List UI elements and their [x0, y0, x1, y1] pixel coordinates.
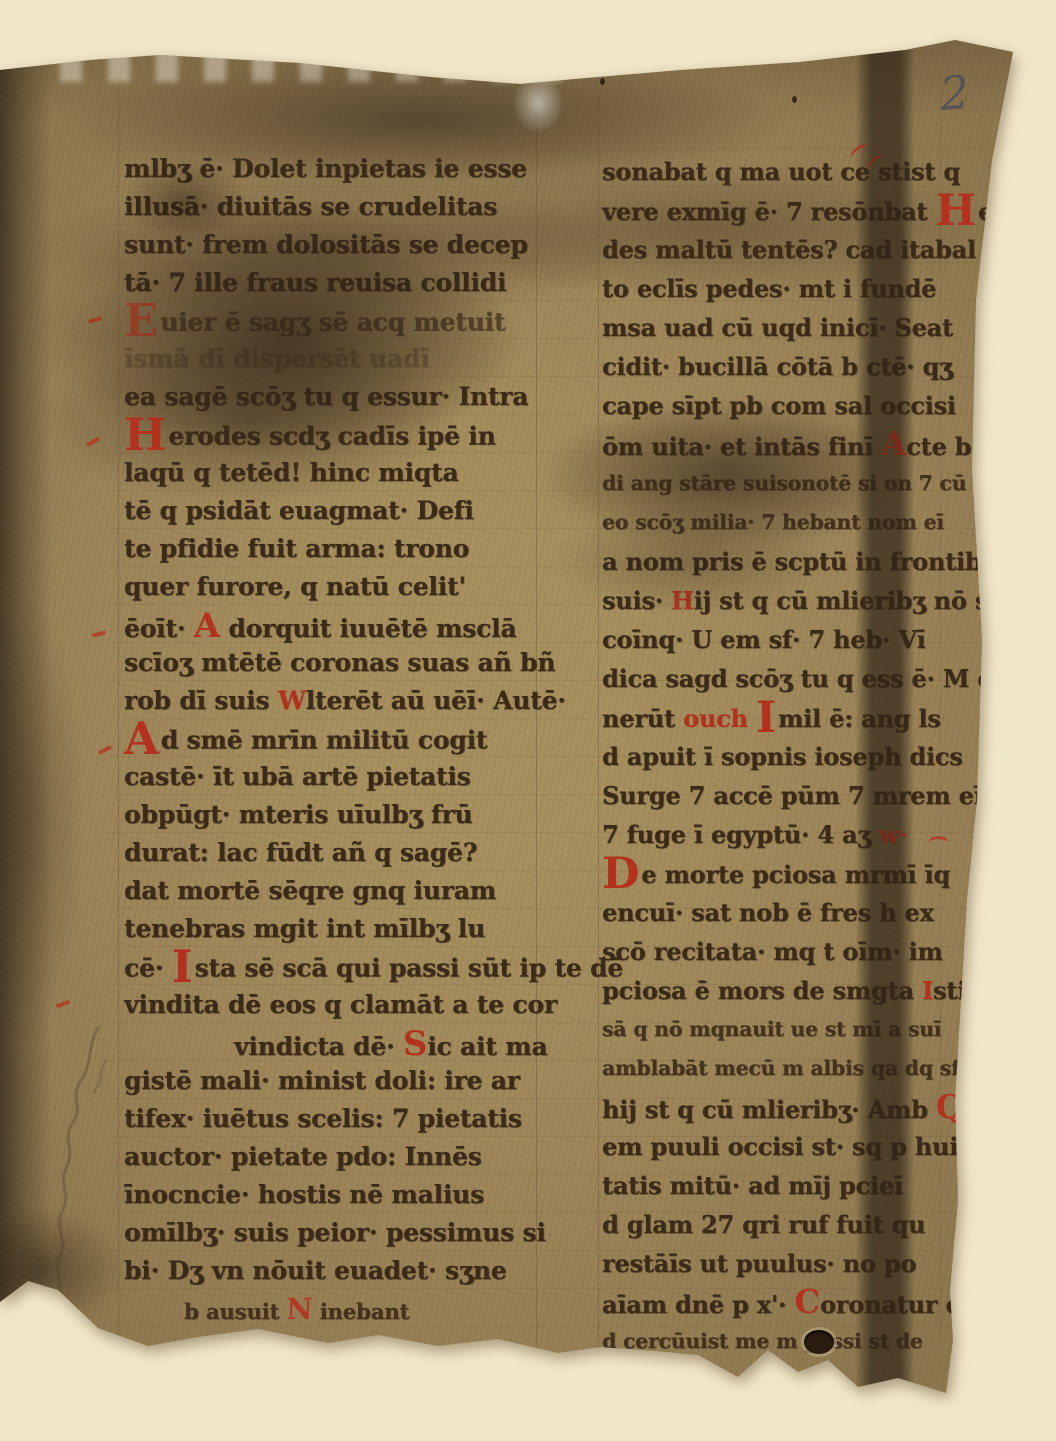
- manuscript-text-line: obpūgt· mteris uīulbʒ frū: [124, 796, 554, 834]
- ink-text: msa uad cū uqd inicī· Seat: [602, 313, 953, 342]
- manuscript-text-line: cē· Ista sē scā qui passi sūt ip te dē: [124, 948, 554, 986]
- pricking-hole: [536, 74, 541, 81]
- manuscript-text-line: īnocncie· hostis nē malius: [124, 1176, 554, 1214]
- ink-text: b ausuit: [184, 1300, 286, 1325]
- ink-text: cidit· bucillā cōtā b ctē· qʒ: [602, 352, 953, 381]
- ink-text: d cercūuist me m passi st de: [602, 1329, 923, 1353]
- ink-text: erodes scdʒ cadīs ipē in: [168, 422, 495, 451]
- ink-text: d glam 27 qri ruf fuit qu: [602, 1210, 925, 1239]
- worn-white-patch: [512, 74, 564, 134]
- rubric-initial: A: [881, 425, 906, 463]
- ink-text: omīlbʒ· suis peior· pessimus si: [124, 1218, 546, 1247]
- ink-text: tā· 7 ille fraus reuisa collidi: [124, 268, 506, 297]
- manuscript-text-line: quer furore, q natū celit': [124, 568, 554, 606]
- ink-text: ēoīt·: [124, 614, 194, 643]
- manuscript-text-line: bi· Dʒ vn nōuit euadet· sʒne: [124, 1252, 554, 1290]
- manuscript-text-line: d cercūuist me m passi st de: [602, 1322, 1002, 1361]
- manuscript-text-line: to eclīs pedes· mt i fundē: [602, 269, 1002, 308]
- ink-text: cape sīpt pb com sal occisi: [602, 391, 956, 420]
- ink-text: encuī· sat nob ē fres h ex: [602, 898, 934, 927]
- ink-text: laqū q tetēd! hinc miqta: [124, 458, 458, 487]
- manuscript-text-line: illusā· diuitās se crudelitas: [124, 188, 554, 226]
- manuscript-text-line: De morte pciosa mrmī īq: [602, 854, 1002, 893]
- rubric-initial: S: [403, 1023, 427, 1063]
- rubric-initial: Q: [936, 1088, 964, 1126]
- ink-text: lterēt aū uēī· Autē·: [306, 686, 566, 715]
- parchment-leaf: mlbʒ ē· Dolet inpietas ie esseillusā· di…: [0, 0, 1056, 1441]
- manuscript-text-line: b ausuit N inebant: [124, 1290, 554, 1328]
- ink-text: vere exmīg ē· 7 resōnbat: [602, 197, 935, 226]
- manuscript-text-line: tatis mitū· ad mīj pcieī: [602, 1166, 1002, 1205]
- rubric-margin-tick: [88, 316, 103, 324]
- manuscript-text-line: a nom pris ē scptū in frontibus: [602, 542, 1002, 581]
- ink-text: hij st q cū mlieribʒ· Amb: [602, 1095, 936, 1124]
- ink-text: Surge 7 accē pūm 7 mrem eī: [602, 781, 983, 810]
- manuscript-text-line: msa uad cū uqd inicī· Seat: [602, 308, 1002, 347]
- leaf-shadow: mlbʒ ē· Dolet inpietas ie esseillusā· di…: [0, 0, 1056, 1441]
- ink-text: ij st q cū mlieribʒ nō sf: [694, 586, 999, 615]
- ink-text: ero: [978, 197, 1021, 226]
- ink-text: scīoʒ mtētē coronas suas añ bñ: [124, 648, 555, 677]
- pricking-hole: [600, 78, 605, 85]
- manuscript-text-line: vere exmīg ē· 7 resōnbat Hero: [602, 191, 1002, 230]
- ink-text: restāīs ut puulus· no po: [602, 1249, 916, 1278]
- ink-text: di ang stāre suisonotē si on 7 cū: [602, 471, 966, 495]
- manuscript-text-line: aīam dnē p x'· Coronatur c: [602, 1283, 1002, 1322]
- ink-text: sti s: [933, 976, 988, 1005]
- ink-text: [748, 704, 756, 733]
- manuscript-text-line: Ad smē mrīn militū cogit: [124, 720, 554, 758]
- ink-text: ic ait ma: [427, 1032, 547, 1061]
- manuscript-text-line: mlbʒ ē· Dolet inpietas ie esse: [124, 150, 554, 188]
- manuscript-text-line: d glam 27 qri ruf fuit qu: [602, 1205, 1002, 1244]
- ink-text: 7 fuge ī egyptū· 4 aʒ: [602, 820, 879, 849]
- ink-text: mil ē: ang ls: [778, 704, 941, 733]
- marginalia-scribble: [36, 1020, 126, 1340]
- manuscript-text-line: rob dī suis Wlterēt aū uēī· Autē·: [124, 682, 554, 720]
- manuscript-text-line: vindicta dē· Sic ait ma: [124, 1024, 554, 1062]
- manuscript-text-line: cape sīpt pb com sal occisi: [602, 386, 1002, 425]
- manuscript-text-line: des maltū tentēs? cad itabal: [602, 230, 1002, 269]
- ink-text: amblabāt mecū m albis qa dq sf: [602, 1056, 960, 1080]
- ink-text: sta sē scā qui passi sūt ip te dē: [195, 954, 623, 983]
- rubric-margin-tick: [98, 745, 112, 755]
- manuscript-text-line: dat mortē sēqre gnq iuram: [124, 872, 554, 910]
- manuscript-text-line: eo scōʒ milia· 7 hebant nom eī: [602, 503, 1002, 542]
- ink-text: oronatur c: [820, 1290, 960, 1319]
- manuscript-text-line: dica sagd scōʒ tu q ess ē· M e ue: [602, 659, 1002, 698]
- manuscript-text-line: ea sagē scōʒ tu q essur· Intra: [124, 378, 554, 416]
- manuscript-text-line: suis· Hij st q cū mlieribʒ nō sf: [602, 581, 1002, 620]
- manuscript-text-line: durat: lac fūdt añ q sagē?: [124, 834, 554, 872]
- ink-text: gistē mali· minist doli: ire ar: [124, 1066, 520, 1095]
- ink-text: te pfidie fuit arma: trono: [124, 534, 469, 563]
- ink-text: des maltū tentēs? cad itabal: [602, 235, 976, 264]
- manuscript-text-line: nerūt ouch Imil ē: ang ls: [602, 698, 1002, 737]
- text-column-left: mlbʒ ē· Dolet inpietas ie esseillusā· di…: [124, 150, 554, 1328]
- ink-text: tifex· iuētus scelis: 7 pietatis: [124, 1104, 522, 1133]
- manuscript-text-line: omīlbʒ· suis peior· pessimus si: [124, 1214, 554, 1252]
- manuscript-text-line: di ang stāre suisonotē si on 7 cū: [602, 464, 1002, 503]
- ink-text: uier ē sagʒ sē acq metuit: [160, 308, 505, 337]
- text-column-right: sonabat q ma uot ce stist qvere exmīg ē·…: [602, 152, 1002, 1361]
- rubric-initial: A: [194, 605, 220, 645]
- ink-text: ōm uita· et intās finī: [602, 432, 881, 461]
- ink-text: cte b: [906, 432, 971, 461]
- rubric-text: w·: [879, 820, 908, 849]
- ink-text: sonabat q ma uot ce stist q: [602, 157, 960, 186]
- folio-number: 2: [938, 65, 971, 121]
- ink-text: d apuit ī sopnis ioseph dics: [602, 742, 963, 771]
- manuscript-text-line: pciosa ē mors de smgta Isti s: [602, 971, 1002, 1010]
- manuscript-text-line: scīoʒ mtētē coronas suas añ bñ: [124, 644, 554, 682]
- ink-text: coīnq· U em sf· 7 heb· Vī: [602, 625, 926, 654]
- ink-text: rob dī suis: [124, 686, 278, 715]
- rubric-text: H: [671, 586, 693, 615]
- ink-text: em puuli occisi st· sq p huius: [602, 1132, 989, 1161]
- ink-text: eo scōʒ milia· 7 hebant nom eī: [602, 510, 944, 534]
- manuscript-text-line: scō recitata· mq t oīm· im: [602, 932, 1002, 971]
- manuscript-text-line: Surge 7 accē pūm 7 mrem eī: [602, 776, 1002, 815]
- ink-text: nerūt: [602, 704, 683, 733]
- manuscript-text-line: ēoīt· A dorquit iuuētē msclā: [124, 606, 554, 644]
- manuscript-text-line: restāīs ut puulus· no po: [602, 1244, 1002, 1283]
- pricking-hole: [792, 96, 797, 103]
- manuscript-text-line: coīnq· U em sf· 7 heb· Vī: [602, 620, 1002, 659]
- ink-text: illusā· diuitās se crudelitas: [124, 192, 497, 221]
- rubric-initial: I: [756, 692, 776, 743]
- ink-text: a nom pris ē scptū in frontibus: [602, 547, 1012, 576]
- ink-text: dorquit iuuētē msclā: [220, 614, 517, 643]
- manuscript-text-line: tā· 7 ille fraus reuisa collidi: [124, 264, 554, 302]
- ink-text: quer furore, q natū celit': [124, 572, 466, 601]
- manuscript-text-line: auctor· pietate pdo: Innēs: [124, 1138, 554, 1176]
- manuscript-text-line: laqū q tetēd! hinc miqta: [124, 454, 554, 492]
- ink-text: tenebras mgit int mīlbʒ lu: [124, 914, 485, 943]
- ink-text: dica sagd scōʒ tu q ess ē· M e ue: [602, 664, 1033, 693]
- rubric-margin-tick: [92, 630, 107, 637]
- ink-text: suis·: [602, 586, 671, 615]
- manuscript-text-line: gistē mali· minist doli: ire ar: [124, 1062, 554, 1100]
- ink-text: tatis mitū· ad mīj pcieī: [602, 1171, 903, 1200]
- rubric-initial: D: [602, 848, 639, 899]
- ink-text: vindicta dē·: [234, 1032, 403, 1061]
- ink-text: castē· īt ubā artē pietatis: [124, 762, 471, 791]
- manuscript-text-line: tifex· iuētus scelis: 7 pietatis: [124, 1100, 554, 1138]
- ink-text: īsmā dī dispersēt uadī: [124, 344, 429, 373]
- ink-text: scō recitata· mq t oīm· im: [602, 937, 943, 966]
- manuscript-text-line: Herodes scdʒ cadīs ipē in: [124, 416, 554, 454]
- ink-text: pciosa ē mors de smgta: [602, 976, 922, 1005]
- rubric-margin-tick: [86, 437, 100, 447]
- ink-text: d smē mrīn militū cogit: [161, 726, 488, 755]
- parchment-hole: [804, 1330, 834, 1354]
- rubric-text: ouch: [683, 704, 748, 733]
- manuscript-text-line: te pfidie fuit arma: trono: [124, 530, 554, 568]
- ink-text: aīam dnē p x'·: [602, 1290, 794, 1319]
- ink-text: d: [964, 1095, 981, 1124]
- rubric-margin-tick: [56, 1000, 71, 1009]
- rubric-flourish: [927, 835, 948, 850]
- manuscript-text-line: encuī· sat nob ē fres h ex: [602, 893, 1002, 932]
- manuscript-text-line: castē· īt ubā artē pietatis: [124, 758, 554, 796]
- manuscript-text-line: d apuit ī sopnis ioseph dics: [602, 737, 1002, 776]
- ink-text: durat: lac fūdt añ q sagē?: [124, 838, 477, 867]
- manuscript-text-line: sunt· frem dolositās se decep: [124, 226, 554, 264]
- manuscript-photo: mlbʒ ē· Dolet inpietas ie esseillusā· di…: [0, 0, 1056, 1441]
- rubric-initial: H: [935, 185, 976, 236]
- ink-text: tē q psidāt euagmat· Defi: [124, 496, 474, 525]
- manuscript-text-line: sā q nō mqnauit ue st mī a suī: [602, 1010, 1002, 1049]
- ink-text: vindita dē eos q clamāt a te cor: [124, 990, 557, 1019]
- manuscript-text-line: Euier ē sagʒ sē acq metuit: [124, 302, 554, 340]
- manuscript-text-line: tē q psidāt euagmat· Defi: [124, 492, 554, 530]
- top-edge-abrasion: [60, 52, 580, 82]
- rubric-initial: C: [794, 1283, 820, 1321]
- ink-text: obpūgt· mteris uīulbʒ frū: [124, 800, 472, 829]
- manuscript-text-line: amblabāt mecū m albis qa dq sf: [602, 1049, 1002, 1088]
- ink-text: cē·: [124, 954, 172, 983]
- rubric-text: W: [278, 686, 306, 715]
- ink-text: to eclīs pedes· mt i fundē: [602, 274, 936, 303]
- rubric-initial: N: [286, 1292, 312, 1326]
- ink-text: ea sagē scōʒ tu q essur· Intra: [124, 382, 528, 411]
- manuscript-text-line: ōm uita· et intās finī Acte b: [602, 425, 1002, 464]
- ruling-line-vertical-intercolumn-2: [598, 90, 599, 1350]
- manuscript-text-line: īsmā dī dispersēt uadī: [124, 340, 554, 378]
- ink-text: īnocncie· hostis nē malius: [124, 1180, 484, 1209]
- rubric-text: I: [922, 976, 933, 1005]
- ink-text: inebant: [312, 1300, 409, 1325]
- ink-text: dat mortē sēqre gnq iuram: [124, 876, 496, 905]
- ink-text: auctor· pietate pdo: Innēs: [124, 1142, 482, 1171]
- ink-text: mlbʒ ē· Dolet inpietas ie esse: [124, 154, 527, 183]
- ink-text: bi· Dʒ vn nōuit euadet· sʒne: [124, 1256, 507, 1285]
- manuscript-text-line: em puuli occisi st· sq p huius: [602, 1127, 1002, 1166]
- ink-text: sunt· frem dolositās se decep: [124, 230, 528, 259]
- manuscript-text-line: hij st q cū mlieribʒ· Amb Qd: [602, 1088, 1002, 1127]
- manuscript-text-line: vindita dē eos q clamāt a te cor: [124, 986, 554, 1024]
- manuscript-text-line: cidit· bucillā cōtā b ctē· qʒ: [602, 347, 1002, 386]
- ink-text: sā q nō mqnauit ue st mī a suī: [602, 1017, 941, 1041]
- ink-text: e morte pciosa mrmī īq: [641, 860, 950, 889]
